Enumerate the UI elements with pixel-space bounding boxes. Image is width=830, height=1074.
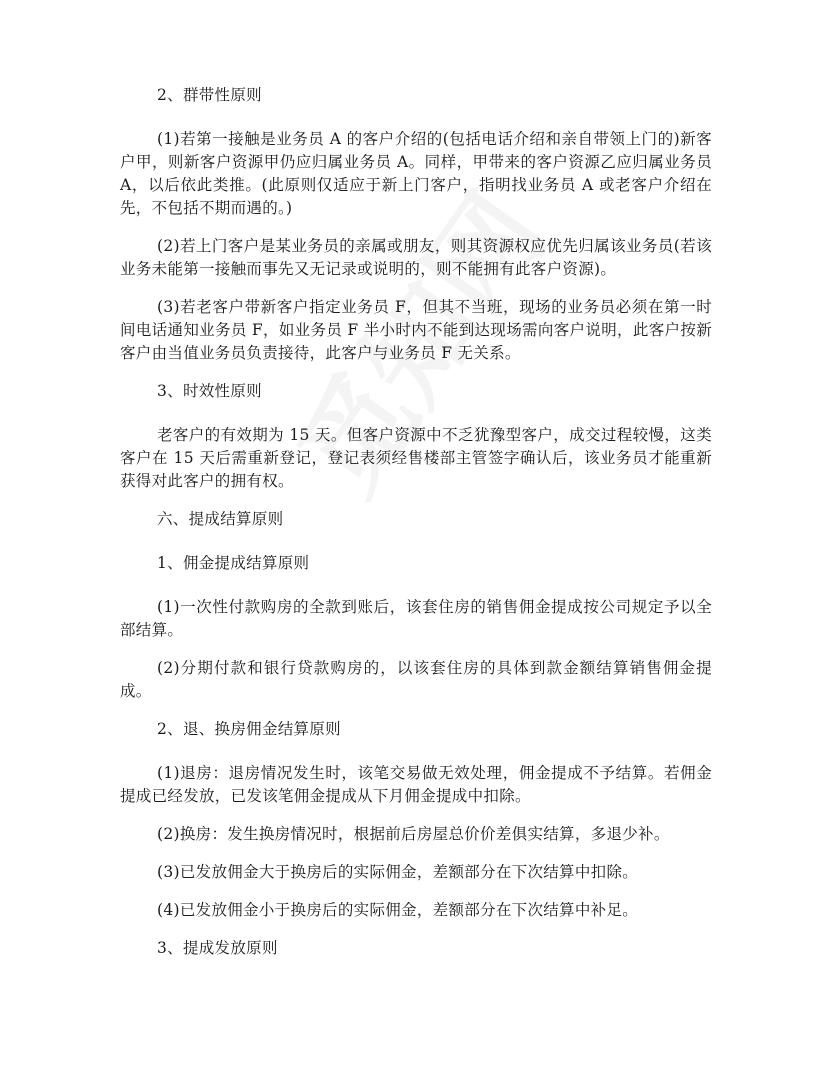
chapter-heading-commission: 六、提成结算原则 <box>120 508 712 531</box>
paragraph: 老客户的有效期为 15 天。但客户资源中不乏犹豫型客户，成交过程较慢，这类客户在… <box>120 424 712 493</box>
paragraph: (1)若第一接触是业务员 A 的客户介绍的(包括电话介绍和亲自带领上门的)新客户… <box>120 128 712 220</box>
paragraph: (2)换房：发生换房情况时，根据前后房屋总价价差俱实结算，多退少补。 <box>120 823 712 846</box>
section-heading-grouping: 2、群带性原则 <box>120 84 712 107</box>
paragraph: (1)退房：退房情况发生时，该笔交易做无效处理，佣金提成不予结算。若佣金提成已经… <box>120 762 712 808</box>
paragraph: (4)已发放佣金小于换房后的实际佣金，差额部分在下次结算中补足。 <box>120 899 712 922</box>
paragraph: (2)若上门客户是某业务员的亲属或朋友，则其资源权应优先归属该业务员(若该业务未… <box>120 235 712 281</box>
paragraph: (3)已发放佣金大于换房后的实际佣金，差额部分在下次结算中扣除。 <box>120 861 712 884</box>
paragraph: (3)若老客户带新客户指定业务员 F，但其不当班，现场的业务员必须在第一时间电话… <box>120 296 712 365</box>
section-heading-commission-settlement: 1、佣金提成结算原则 <box>120 552 712 575</box>
section-heading-payout: 3、提成发放原则 <box>120 937 712 960</box>
section-heading-refund-exchange: 2、退、换房佣金结算原则 <box>120 718 712 741</box>
document-page: 2、群带性原则 (1)若第一接触是业务员 A 的客户介绍的(包括电话介绍和亲自带… <box>120 84 712 981</box>
section-heading-timeliness: 3、时效性原则 <box>120 380 712 403</box>
paragraph: (1)一次性付款购房的全款到账后，该套住房的销售佣金提成按公司规定予以全部结算。 <box>120 596 712 642</box>
paragraph: (2)分期付款和银行贷款购房的，以该套住房的具体到款金额结算销售佣金提成。 <box>120 657 712 703</box>
